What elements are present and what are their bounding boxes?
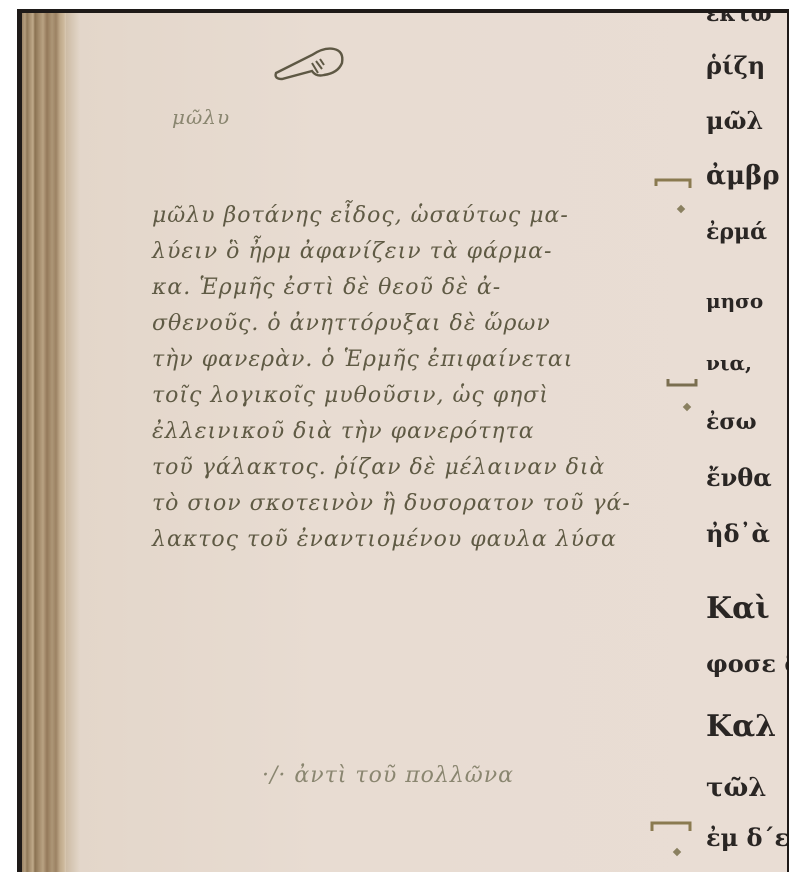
printed-line: ἐσω — [706, 409, 757, 435]
annotation-line: τὸ σιον σκοτεινὸν ἢ δυσορατον τοῦ γά- — [152, 486, 631, 522]
book-edge — [22, 13, 66, 872]
printed-line: Καλ — [706, 709, 776, 744]
printed-line: μῶλ — [706, 106, 763, 135]
printed-line: φοσε δ — [706, 649, 787, 678]
margin-dot-icon — [683, 403, 691, 411]
margin-heading: μῶλυ — [172, 105, 230, 129]
printed-line: ἔνθα — [706, 463, 772, 492]
annotation-line: λακτος τοῦ ἐναντιομένου φαυλα λύσα — [152, 522, 631, 558]
printed-line: ἠδ᾽ὰ — [706, 519, 770, 548]
footer-note: ·/· ἀντὶ τοῦ πολλῶνα — [262, 763, 514, 788]
annotation-line: τοῖς λογικοῖς μυθοῦσιν, ὡς φησὶ — [152, 378, 631, 414]
margin-bracket-icon — [666, 375, 700, 391]
printed-line: ἐμ δ΄ε — [706, 823, 787, 852]
manuscript-page: μῶλυ μῶλυ βοτάνης εἶδος, ὡσαύτως μα- λύε… — [22, 13, 787, 872]
margin-bracket-icon — [650, 819, 694, 837]
pointing-hand-icon — [272, 41, 352, 81]
printed-line: νια, — [706, 351, 752, 375]
annotation-line: τοῦ γάλακτος. ῥίζαν δὲ μέλαιναν διὰ — [152, 450, 631, 486]
margin-bracket-icon — [654, 176, 694, 196]
annotation-line: λύειν ὃ ἦρμ ἀφανίζειν τὰ φάρμα- — [152, 234, 631, 270]
annotation-line: κα. Ἑρμῆς ἐστὶ δὲ θεοῦ δὲ ἀ- — [152, 270, 631, 306]
printed-line: ἐρμά — [706, 219, 767, 245]
printed-line: ἀμβρ — [706, 161, 780, 191]
printed-line: τῶλ — [706, 773, 766, 803]
annotation-line: μῶλυ βοτάνης εἶδος, ὡσαύτως μα- — [152, 198, 631, 234]
annotation-line: ἐλλεινικοῦ διὰ τὴν φανερότητα — [152, 414, 631, 450]
printed-line: ἐκτω — [706, 13, 772, 27]
printed-line: ῥίζη — [706, 51, 765, 80]
margin-dot-icon — [673, 848, 681, 856]
annotation-line: τὴν φανερὰν. ὁ Ἑρμῆς ἐπιφαίνεται — [152, 342, 631, 378]
margin-dot-icon — [677, 205, 685, 213]
printed-line: μησο — [706, 289, 763, 313]
handwritten-annotation: μῶλυ βοτάνης εἶδος, ὡσαύτως μα- λύειν ὃ … — [152, 198, 631, 558]
printed-line: Καὶ — [706, 591, 770, 626]
annotation-line: σθενοῦς. ὁ ἀνηττόρυξαι δὲ ὥρων — [152, 306, 631, 342]
